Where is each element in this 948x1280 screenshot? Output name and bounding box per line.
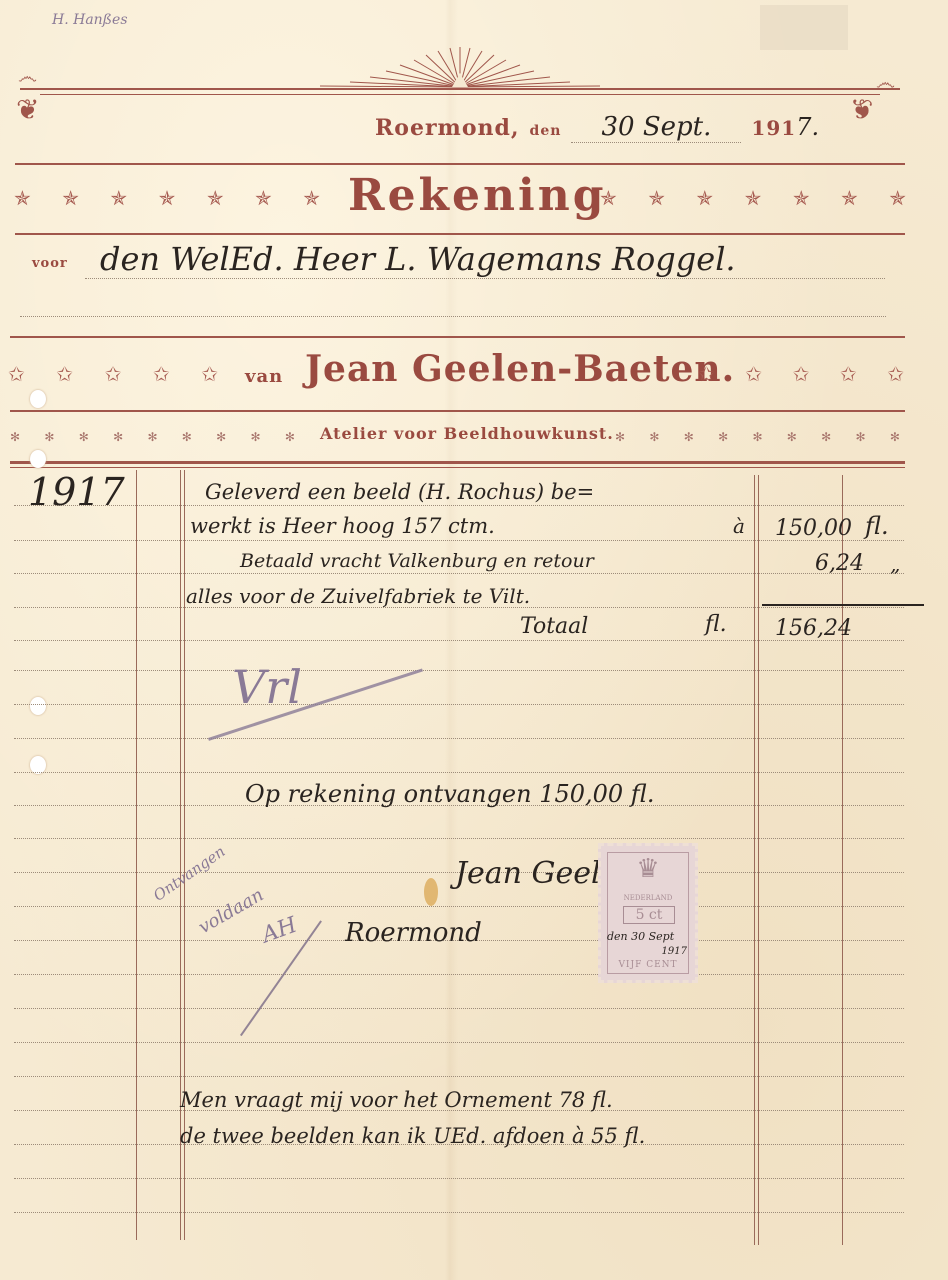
recipient-dotline-2	[20, 316, 886, 317]
stamp-year: 1917	[662, 946, 687, 957]
ledger-row-line	[14, 573, 904, 574]
column-line-3b	[758, 475, 759, 1245]
subtitle-top-rule	[10, 410, 905, 412]
ledger-line-4: alles voor de Zuivelfabriek te Vilt.	[186, 584, 530, 608]
ledger-row-line	[14, 1076, 904, 1077]
place-date-line: Roermond, den 30 Sept. 1917.	[375, 112, 819, 143]
sender-name: Jean Geelen-Baeten.	[305, 348, 735, 390]
column-line-4	[842, 475, 843, 1245]
ledger-row-line	[14, 704, 904, 705]
asterisks-right: ✻✻✻✻✻✻✻✻✻	[615, 430, 900, 444]
column-line-3a	[754, 475, 755, 1245]
title-top-rule	[15, 163, 905, 165]
ledger-row-line	[14, 540, 904, 541]
total-currency: fl.	[705, 612, 727, 637]
year-written: 7.	[796, 113, 819, 141]
den-label: den	[530, 123, 562, 139]
header-top-rule-2	[40, 94, 880, 95]
sender-top-rule	[10, 336, 905, 338]
total-amount: 156,24	[775, 616, 852, 641]
title-bottom-rule	[15, 233, 905, 235]
year-printed: 191	[751, 116, 796, 140]
ledger-row-line	[14, 738, 904, 739]
ledger-unit-1: fl.	[865, 512, 889, 540]
ledger-row-line	[14, 906, 904, 907]
ledger-line-2-at: à	[733, 514, 745, 538]
flourish-left-top-icon: ෴	[18, 62, 37, 90]
ledger-line-1: Geleverd een beeld (H. Rochus) be=	[205, 480, 594, 504]
pencil-mark: Vrl	[232, 660, 302, 714]
ledger-row-line	[14, 1212, 904, 1213]
punch-hole-2	[30, 450, 46, 468]
ledger-unit-2: „	[890, 552, 900, 576]
ledger-line-3: Betaald vracht Valkenburg en retour	[240, 550, 594, 572]
ledger-row-line	[14, 505, 904, 506]
place-label: Roermond,	[375, 115, 520, 141]
sunburst-ornament-icon	[310, 45, 610, 90]
header-top-rule	[20, 88, 900, 90]
flourish-right-top-icon: ෴	[876, 68, 895, 96]
footer-note-1: Men vraagt mij voor het Ornement 78 fl.	[180, 1088, 613, 1112]
ledger-row-line	[14, 640, 904, 641]
stars-left: ✯✯✯✯✯✯✯	[14, 188, 320, 208]
ledger-amount-1: 150,00	[775, 516, 852, 541]
total-label: Totaal	[520, 614, 588, 639]
corner-pencil-note: H. Hanßes	[52, 12, 128, 28]
ledger-row-line	[14, 1178, 904, 1179]
ledger-row-line	[14, 670, 904, 671]
ledger-row-line	[14, 838, 904, 839]
stars-sender-left: ✩✩✩✩✩	[8, 364, 218, 384]
column-line-1	[136, 470, 137, 1240]
ledger-row-line	[14, 772, 904, 773]
margin-note-1: Ontvangen	[150, 842, 228, 904]
voor-label: voor	[32, 256, 68, 271]
asterisks-left: ✻✻✻✻✻✻✻✻✻	[10, 430, 295, 444]
recipient-name: den WelEd. Heer L. Wagemans Roggel.	[100, 240, 736, 278]
ledger-row-line	[14, 974, 904, 975]
stamp-country: NEDERLAND	[601, 894, 695, 902]
signature-place: Roermond	[345, 918, 482, 948]
recipient-dotline	[85, 278, 885, 279]
subtotal-rule	[762, 604, 924, 606]
revenue-stamp: ♛ NEDERLAND 5 ct den 30 Sept 1917 VIJF C…	[598, 843, 698, 983]
atelier-subtitle: Atelier voor Beeldhouwkunst.	[320, 424, 614, 443]
punch-hole-1	[30, 390, 46, 408]
margin-note-2: voldaan	[195, 884, 267, 938]
ledger-row-line	[14, 1042, 904, 1043]
ledger-row-line	[14, 1008, 904, 1009]
van-label: van	[245, 366, 283, 387]
punch-hole-3	[30, 697, 46, 715]
stars-right: ✯✯✯✯✯✯✯	[600, 188, 906, 208]
ledger-amount-2: 6,24	[815, 551, 864, 576]
paper-patch	[760, 5, 848, 50]
flourish-right-icon: ❦	[850, 96, 873, 124]
ink-stain	[424, 878, 438, 906]
footer-note-2: de twee beelden kan ik UEd. afdoen à 55 …	[180, 1124, 645, 1148]
stars-sender-right: ✩✩✩✩✩	[698, 364, 904, 384]
ledger-year: 1917	[28, 470, 125, 514]
received-note: Op rekening ontvangen 150,00 fl.	[245, 780, 654, 808]
crown-icon: ♛	[601, 854, 695, 884]
ledger-top-rule	[10, 461, 905, 464]
flourish-left-icon: ❦	[16, 96, 39, 124]
ledger-line-2: werkt is Heer hoog 157 ctm.	[190, 514, 495, 538]
stamp-value: 5 ct	[623, 906, 675, 924]
invoice-title: Rekening	[348, 170, 607, 221]
date-written: 30 Sept.	[571, 112, 741, 143]
ledger-top-rule-2	[10, 467, 905, 468]
margin-initials: AH	[259, 913, 301, 948]
stamp-date: den 30 Sept	[607, 930, 691, 943]
stamp-denomination: VIJF CENT	[601, 960, 695, 970]
